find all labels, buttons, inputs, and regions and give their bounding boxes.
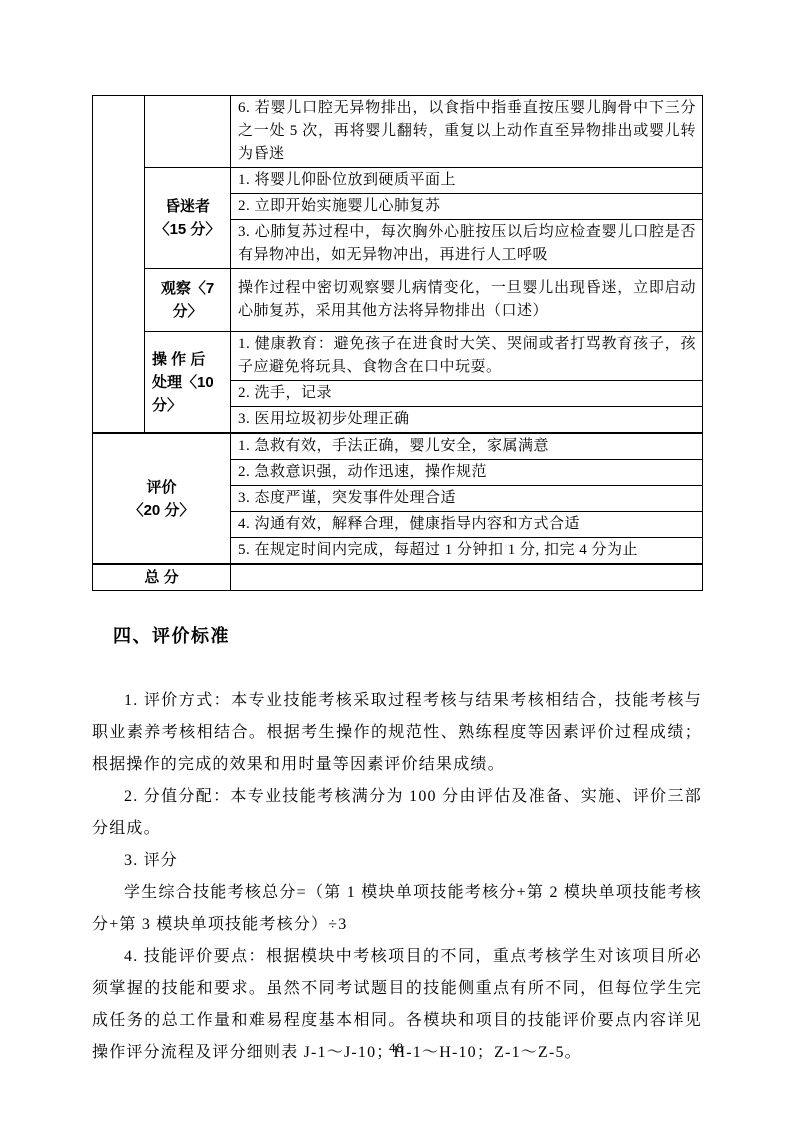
total-score-label-cell: 总 分 <box>93 564 231 591</box>
post-op-label-cell: 操 作 后 处理〈10 分〉 <box>145 332 231 434</box>
table-row: 观察〈7 分〉 操作过程中密切观察婴儿病情变化，一旦婴儿出现昏迷，立即启动心肺复… <box>93 269 703 332</box>
paragraph-scoring: 3. 评分 <box>92 845 702 877</box>
category-spacer-cell <box>93 96 145 434</box>
criteria-cell: 3. 态度严谨，突发事件处理合适 <box>231 486 703 512</box>
observe-label-cell: 观察〈7 分〉 <box>145 269 231 332</box>
criteria-cell: 操作过程中密切观察婴儿病情变化，一旦婴儿出现昏迷，立即启动心肺复苏，采用其他方法… <box>231 269 703 332</box>
criteria-cell: 1. 健康教育：避免孩子在进食时大笑、哭闹或者打骂教育孩子，孩子应避免将玩具、食… <box>231 332 703 381</box>
section-heading: 四、评价标准 <box>113 622 702 648</box>
evaluation-label-cell: 评价 〈20 分〉 <box>93 433 231 564</box>
criteria-cell: 1. 将婴儿仰卧位放到硬质平面上 <box>231 168 703 194</box>
table-row: 6. 若婴儿口腔无异物排出，以食指中指垂直按压婴儿胸骨中下三分之一处 5 次，再… <box>93 96 703 168</box>
section-body: 1. 评价方式：本专业技能考核采取过程考核与结果考核相结合，技能考核与职业素养考… <box>92 685 702 1069</box>
criteria-cell: 3. 医用垃圾初步处理正确 <box>231 407 703 434</box>
subcategory-spacer-cell <box>145 96 231 168</box>
criteria-cell: 5. 在规定时间内完成，每超过 1 分钟扣 1 分, 扣完 4 分为止 <box>231 538 703 565</box>
page-content: 6. 若婴儿口腔无异物排出，以食指中指垂直按压婴儿胸骨中下三分之一处 5 次，再… <box>92 95 702 1069</box>
paragraph-evaluation-method: 1. 评价方式：本专业技能考核采取过程考核与结果考核相结合，技能考核与职业素养考… <box>92 685 702 781</box>
paragraph-score-formula: 学生综合技能考核总分=（第 1 模块单项技能考核分+第 2 模块单项技能考核分+… <box>92 877 702 941</box>
total-score-value-cell <box>231 564 703 591</box>
paragraph-score-allocation: 2. 分值分配：本专业技能考核满分为 100 分由评估及准备、实施、评价三部分组… <box>92 781 702 845</box>
criteria-cell: 2. 立即开始实施婴儿心肺复苏 <box>231 194 703 220</box>
criteria-cell: 6. 若婴儿口腔无异物排出，以食指中指垂直按压婴儿胸骨中下三分之一处 5 次，再… <box>231 96 703 168</box>
coma-label-cell: 昏迷者 〈15 分〉 <box>145 168 231 269</box>
table-row: 昏迷者 〈15 分〉 1. 将婴儿仰卧位放到硬质平面上 <box>93 168 703 194</box>
table-row: 总 分 <box>93 564 703 591</box>
table-row: 操 作 后 处理〈10 分〉 1. 健康教育：避免孩子在进食时大笑、哭闹或者打骂… <box>93 332 703 381</box>
page-number: 48 <box>0 1040 793 1056</box>
table-row: 评价 〈20 分〉 1. 急救有效，手法正确，婴儿安全，家属满意 <box>93 433 703 460</box>
criteria-cell: 1. 急救有效，手法正确，婴儿安全，家属满意 <box>231 433 703 460</box>
score-rubric-table: 6. 若婴儿口腔无异物排出，以食指中指垂直按压婴儿胸骨中下三分之一处 5 次，再… <box>92 95 703 591</box>
document-page: 6. 若婴儿口腔无异物排出，以食指中指垂直按压婴儿胸骨中下三分之一处 5 次，再… <box>0 0 793 1122</box>
criteria-cell: 2. 急救意识强，动作迅速，操作规范 <box>231 460 703 486</box>
criteria-cell: 3. 心肺复苏过程中，每次胸外心脏按压以后均应检查婴儿口腔是否有异物冲出，如无异… <box>231 220 703 269</box>
criteria-cell: 4. 沟通有效，解释合理，健康指导内容和方式合适 <box>231 512 703 538</box>
criteria-cell: 2. 洗手，记录 <box>231 381 703 407</box>
